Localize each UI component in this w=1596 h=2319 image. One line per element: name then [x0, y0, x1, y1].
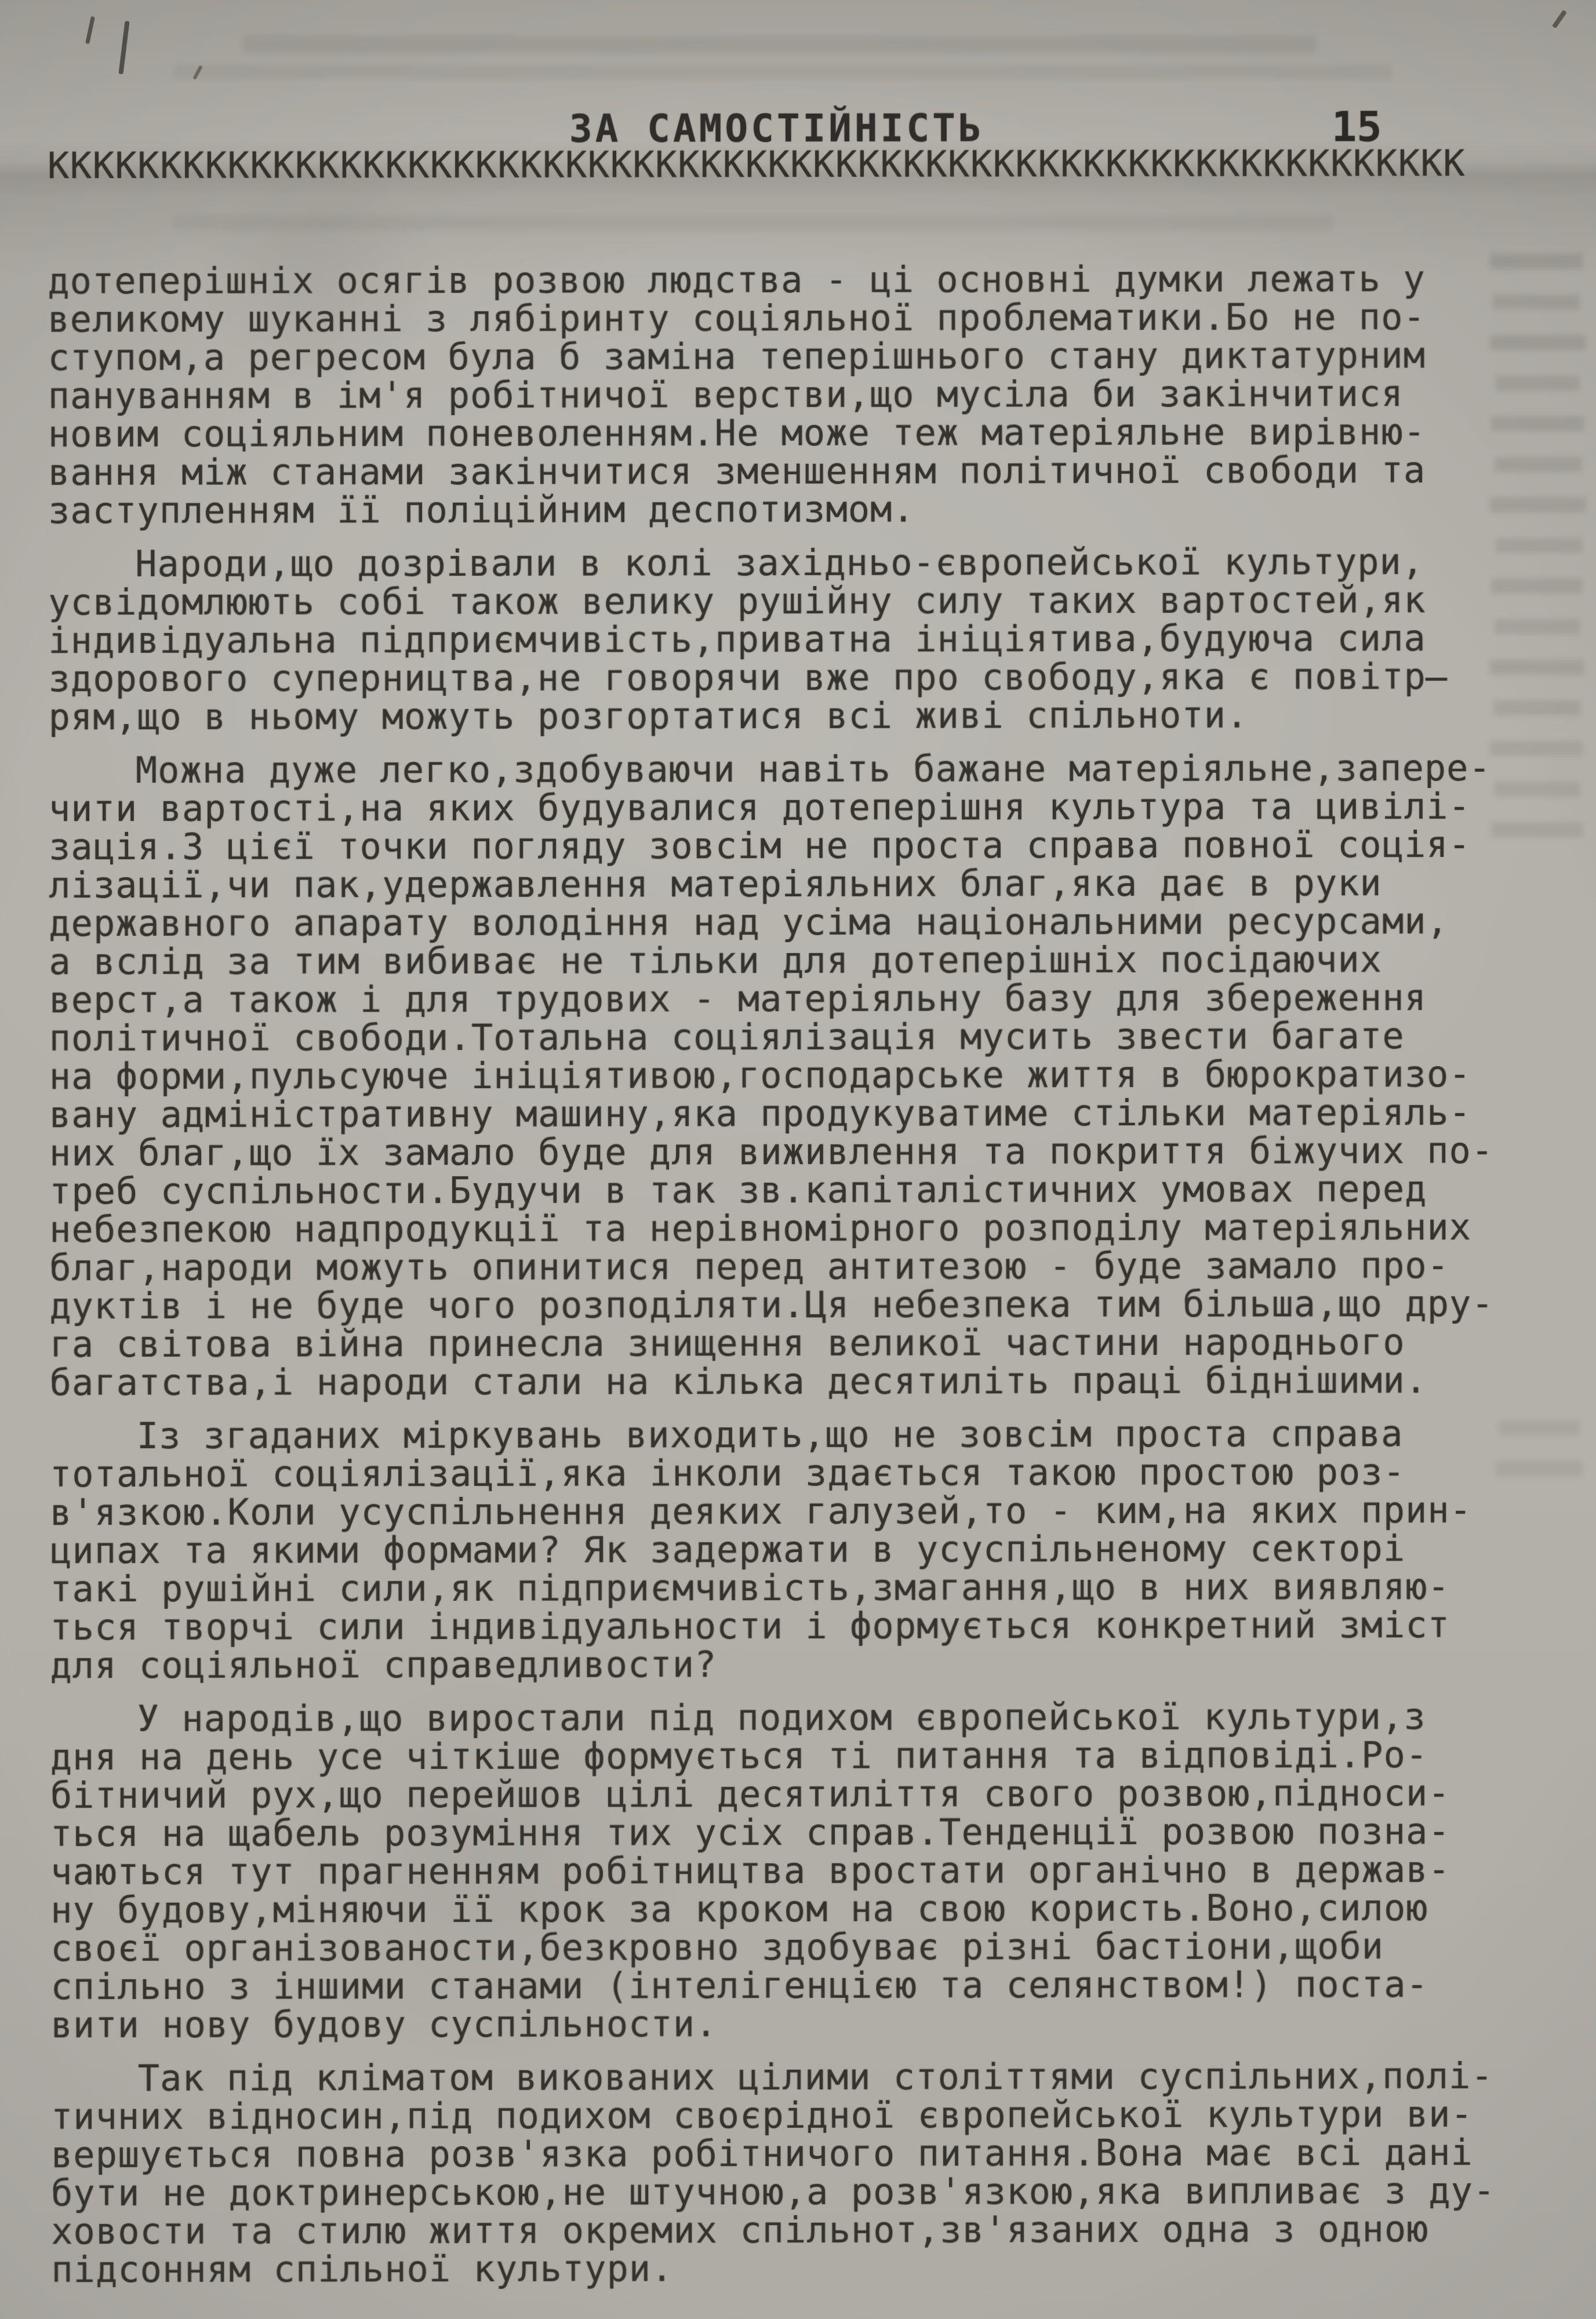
- paragraph-6: Так під кліматом викованих цілими століт…: [51, 2057, 1513, 2289]
- paragraph-3: Можна дуже легко,здобуваючи навіть бажан…: [49, 749, 1511, 1402]
- paragraph-4: Із згаданих міркувань виходить,що не зов…: [50, 1415, 1511, 1685]
- text-layer: ЗА САМОСТІЙНІСТЬ 15 КККККККККККККККККККК…: [0, 0, 1596, 2319]
- paragraph-2: Народи,що дозрівали в колі західньо-євро…: [48, 543, 1510, 736]
- paragraph-1: дотеперішніх осягів розвою людства - ці …: [48, 260, 1509, 530]
- paragraph-5: У народів,що виростали під подихом європ…: [50, 1698, 1512, 2044]
- document-body: дотеперішніх осягів розвою людства - ці …: [48, 260, 1512, 2304]
- divider-row: КККККККККККККККККККККККККККККККККККККККК…: [48, 142, 1497, 187]
- scanned-document-page: ЗА САМОСТІЙНІСТЬ 15 КККККККККККККККККККК…: [0, 0, 1596, 2319]
